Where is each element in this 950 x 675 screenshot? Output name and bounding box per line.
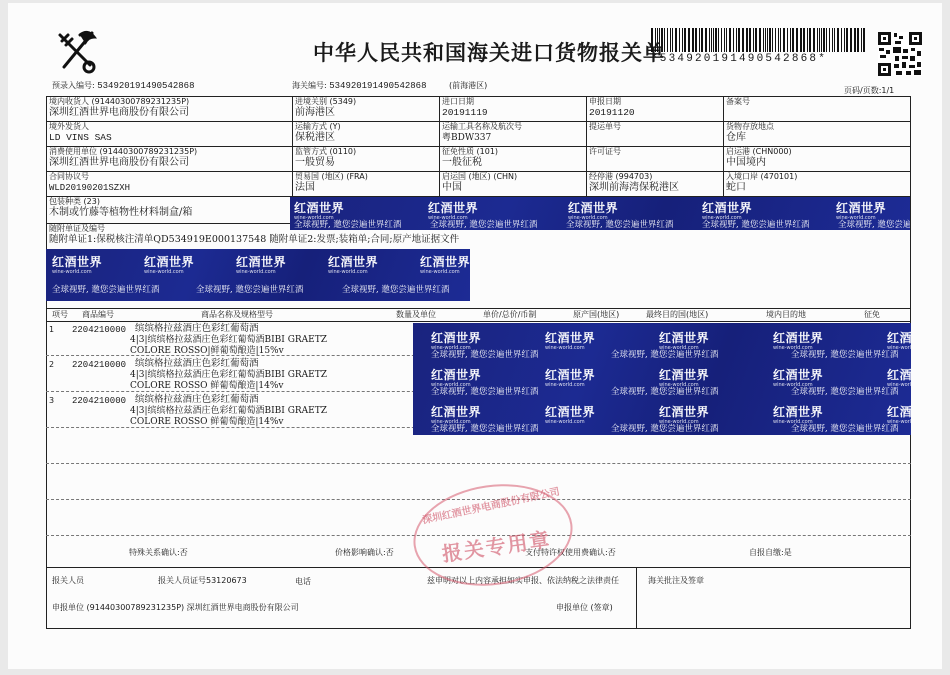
record-no-field: 备案号 <box>723 96 753 108</box>
transit-port-field: 经停港 (994703) 深圳前海湾保税港区 <box>586 171 682 195</box>
entry-customs-field: 进境关别 (5349) 前海港区 <box>292 96 359 120</box>
bill-no-field: 提运单号 <box>586 121 624 133</box>
license-field: 许可证号 <box>586 146 624 158</box>
entry-customs-value: 前海港区 <box>295 107 356 119</box>
consignee-value: 深圳红酒世界电商股份有限公司 <box>49 107 189 119</box>
storage-field: 货物存放地点 仓库 <box>723 121 777 145</box>
watermark-banner: 红酒世界wine-world.com红酒世界wine-world.com红酒世界… <box>413 323 911 435</box>
brand-slogan: 全球视野, 邀您尝遍世界红酒 <box>702 218 809 230</box>
customs-area: (前海港区) <box>449 81 487 90</box>
trade-country-field: 贸易国 (地区) (FRA) 法国 <box>292 171 371 195</box>
brand-slogan: 全球视野, 邀您尝遍世界红酒 <box>196 283 303 295</box>
item-no: 2 <box>49 360 54 370</box>
header-origin: 原产国(地区) <box>573 310 619 320</box>
brand-slogan: 全球视野, 邀您尝遍世界红酒 <box>611 348 718 360</box>
brand-slogan: 全球视野, 邀您尝遍世界红酒 <box>431 385 538 397</box>
brand-logo-icon: 红酒世界wine-world.com <box>144 253 194 275</box>
brand-logo-icon: 红酒世界wine-world.com <box>545 329 595 351</box>
brand-logo-icon: 红酒世界wine-world.com <box>545 403 595 425</box>
brand-slogan: 全球视野, 邀您尝遍世界红酒 <box>566 218 673 230</box>
broker-cert: 报关人员证号53120673 <box>158 576 247 586</box>
departure-port-label: 启运港 (CHN000) <box>726 147 792 157</box>
customs-no-label: 海关编号: <box>292 81 327 90</box>
transit-port-value: 深圳前海湾保税港区 <box>589 182 679 194</box>
levy-value: 一般征税 <box>442 157 498 169</box>
trade-country-value: 法国 <box>295 182 368 194</box>
brand-slogan: 全球视野, 邀您尝遍世界红酒 <box>838 218 910 230</box>
declare-date-field: 申报日期 20191120 <box>586 96 638 120</box>
departure-port-field: 启运港 (CHN000) 中国境内 <box>723 146 795 170</box>
item-no: 3 <box>49 396 54 406</box>
transit-port-label: 经停港 (994703) <box>589 172 679 182</box>
self-report-confirm: 自报自缴:是 <box>749 548 792 558</box>
pre-entry-label: 预录入编号: <box>52 81 95 90</box>
consignee-field: 境内收货人 (91440300789231235P) 深圳红酒世界电商股份有限公… <box>46 96 192 120</box>
brand-slogan: 全球视野, 邀您尝遍世界红酒 <box>611 385 718 397</box>
trade-country-label: 贸易国 (地区) (FRA) <box>295 172 368 182</box>
goods-table-header: 项号 商品编号 商品名称及规格型号 数量及单位 单价/总价/币制 原产国(地区)… <box>8 308 942 322</box>
declarant: 申报单位 (91440300789231235P) 深圳红酒世界电商股份有限公司 <box>52 603 299 613</box>
header-item-no: 项号 <box>52 310 68 320</box>
shipper-label: 境外发货人 <box>49 122 112 132</box>
brand-slogan: 全球视野, 邀您尝遍世界红酒 <box>294 218 401 230</box>
levy-field: 征免性质 (101) 一般征税 <box>439 146 501 170</box>
pre-entry-value: 534920191490542868 <box>97 81 194 91</box>
brand-slogan: 全球视野, 邀您尝遍世界红酒 <box>342 283 449 295</box>
consignee-label: 境内收货人 (91440300789231235P) <box>49 97 189 107</box>
consumer-value: 深圳红酒世界电商股份有限公司 <box>49 157 197 169</box>
brand-slogan: 全球视野, 邀您尝遍世界红酒 <box>431 348 538 360</box>
broker-label: 报关人员 <box>52 576 84 586</box>
shipper-field: 境外发货人 LD VINS SAS <box>46 121 115 145</box>
consumer-label: 消费使用单位 (91440300789231235P) <box>49 147 197 157</box>
header-hs-code: 商品编号 <box>82 310 114 320</box>
watermark-banner: 红酒世界wine-world.com红酒世界wine-world.com红酒世界… <box>46 249 470 301</box>
vessel-field: 运输工具名称及航次号 粤BDW337 <box>439 121 525 145</box>
customs-remarks: 海关批注及签章 <box>648 576 704 586</box>
storage-label: 货物存放地点 <box>726 122 774 132</box>
phone-label: 电话 <box>295 577 311 587</box>
brand-logo-icon: 红酒世界wine-world.com <box>545 366 595 388</box>
header-domestic-destination: 境内目的地 <box>766 310 806 320</box>
origin-country-value: 中国 <box>442 182 517 194</box>
origin-country-field: 启运国 (地区) (CHN) 中国 <box>439 171 520 195</box>
hs-code: 2204210000 <box>72 395 126 407</box>
transport-mode-value: 保税港区 <box>295 132 341 144</box>
docs-value: 随附单证1:保税核注清单QD534919E000137548 随附单证2:发票;… <box>49 234 459 246</box>
hs-code: 2204210000 <box>72 359 126 371</box>
header-price: 单价/总价/币制 <box>483 310 536 320</box>
brand-slogan: 全球视野, 邀您尝遍世界红酒 <box>52 283 159 295</box>
supervision-value: 一般贸易 <box>295 157 356 169</box>
import-date-field: 进口日期 20191119 <box>439 96 491 120</box>
transport-mode-label: 运输方式 (Y) <box>295 122 341 132</box>
header-goods-name: 商品名称及规格型号 <box>201 310 273 320</box>
barcode-text: *534920191490542868* <box>651 53 827 65</box>
record-no-label: 备案号 <box>726 97 750 107</box>
qr-code-icon <box>878 32 922 76</box>
brand-slogan: 全球视野, 邀您尝遍世界红酒 <box>791 348 898 360</box>
brand-logo-icon: 红酒世界wine-world.com <box>236 253 286 275</box>
contract-field: 合同协议号 WLD20190201SZXH <box>46 171 133 195</box>
brand-slogan: 全球视野, 邀您尝遍世界红酒 <box>430 218 537 230</box>
customs-declaration-sheet: 中华人民共和国海关进口货物报关单 *534920191490542868* 预录… <box>8 3 942 669</box>
customs-emblem-icon <box>52 27 100 75</box>
page-indicator: 页码/页数:1/1 <box>844 86 894 96</box>
brand-logo-icon: 红酒世界wine-world.com <box>328 253 378 275</box>
origin-country-label: 启运国 (地区) (CHN) <box>442 172 517 182</box>
header-levy: 征免 <box>864 310 880 320</box>
levy-label: 征免性质 (101) <box>442 147 498 157</box>
brand-slogan: 全球视野, 邀您尝遍世界红酒 <box>611 422 718 434</box>
license-label: 许可证号 <box>589 147 621 157</box>
header-quantity: 数量及单位 <box>396 310 436 320</box>
entry-port-field: 入境口岸 (470101) 蛇口 <box>723 171 800 195</box>
customs-no-value: 534920191490542868 <box>329 81 426 91</box>
package-value: 木制或竹藤等植物性材料制盒/箱 <box>49 207 192 219</box>
departure-port-value: 中国境内 <box>726 157 792 169</box>
supervision-label: 监管方式 (0110) <box>295 147 356 157</box>
declare-date-value: 20191120 <box>589 107 635 119</box>
package-label: 包装种类 (23) <box>49 197 192 207</box>
header-destination-country: 最终目的国(地区) <box>646 310 708 320</box>
package-field: 包装种类 (23) 木制或竹藤等植物性材料制盒/箱 <box>46 196 195 220</box>
hs-code: 2204210000 <box>72 324 126 336</box>
storage-value: 仓库 <box>726 132 774 144</box>
brand-slogan: 全球视野, 邀您尝遍世界红酒 <box>431 422 538 434</box>
supervision-field: 监管方式 (0110) 一般贸易 <box>292 146 359 170</box>
customs-no: 海关编号: 534920191490542868 (前海港区) <box>292 81 487 91</box>
entry-port-label: 入境口岸 (470101) <box>726 172 797 182</box>
brand-logo-icon: 红酒世界wine-world.com <box>420 253 470 275</box>
vessel-label: 运输工具名称及航次号 <box>442 122 522 132</box>
brand-logo-icon: 红酒世界wine-world.com <box>52 253 102 275</box>
import-date-label: 进口日期 <box>442 97 488 107</box>
consumer-field: 消费使用单位 (91440300789231235P) 深圳红酒世界电商股份有限… <box>46 146 200 170</box>
brand-slogan: 全球视野, 邀您尝遍世界红酒 <box>791 422 898 434</box>
declare-date-label: 申报日期 <box>589 97 635 107</box>
vessel-value: 粤BDW337 <box>442 132 522 144</box>
brand-slogan: 全球视野, 邀您尝遍世界红酒 <box>791 385 898 397</box>
entry-customs-label: 进境关别 (5349) <box>295 97 356 107</box>
pre-entry-no: 预录入编号: 534920191490542868 <box>52 81 194 91</box>
shipper-value: LD VINS SAS <box>49 132 112 144</box>
special-relation-confirm: 特殊关系确认:否 <box>129 548 188 558</box>
barcode <box>651 28 867 52</box>
contract-label: 合同协议号 <box>49 172 130 182</box>
page-title: 中华人民共和国海关进口货物报关单 <box>313 37 665 67</box>
transport-mode-field: 运输方式 (Y) 保税港区 <box>292 121 344 145</box>
price-influence-confirm: 价格影响确认:否 <box>335 548 394 558</box>
item-no: 1 <box>49 325 54 335</box>
contract-value: WLD20190201SZXH <box>49 182 130 194</box>
watermark-banner: 红酒世界wine-world.com红酒世界wine-world.com红酒世界… <box>290 197 910 230</box>
stamp-purpose-text: 报关专用章 <box>435 522 558 567</box>
entry-port-value: 蛇口 <box>726 182 797 194</box>
bill-no-label: 提运单号 <box>589 122 621 132</box>
declarant-seal: 申报单位 (签章) <box>556 603 613 613</box>
import-date-value: 20191119 <box>442 107 488 119</box>
